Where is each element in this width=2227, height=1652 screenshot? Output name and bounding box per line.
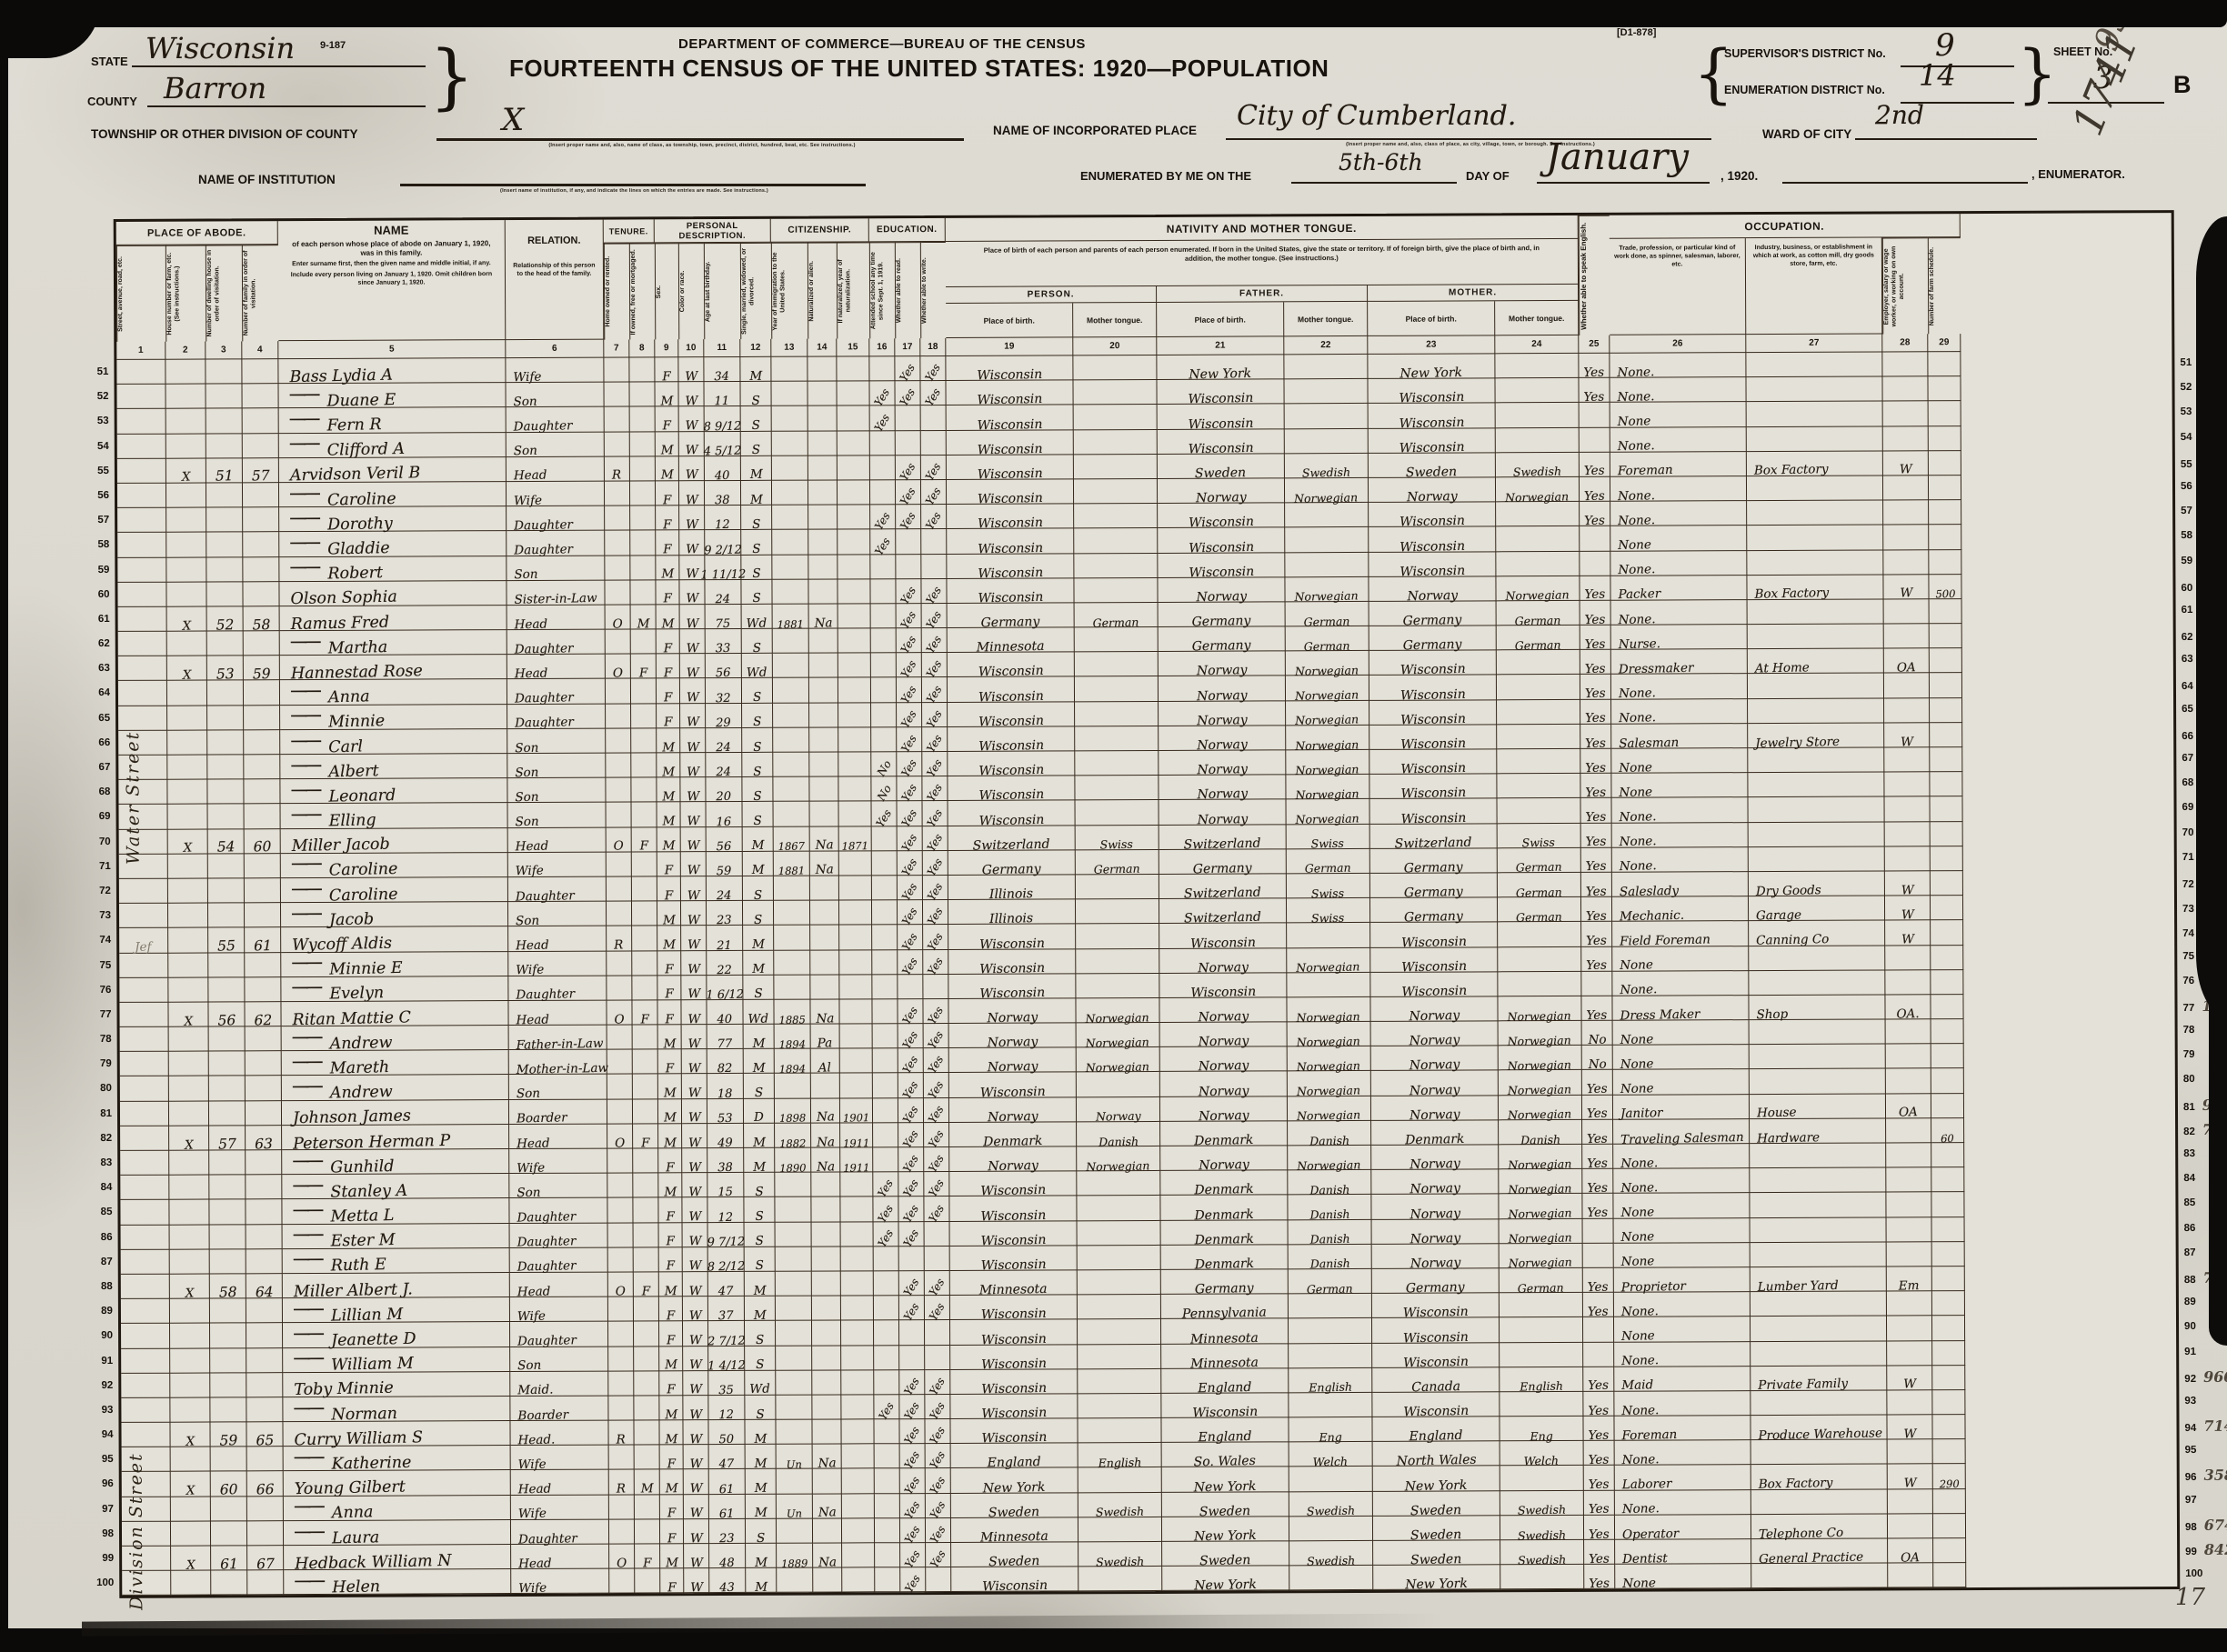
cell-fb: Switzerland	[1159, 874, 1287, 899]
cell-ind: At Home	[1748, 649, 1884, 675]
header-col13-immigration-year: Year of immigration to the United States…	[771, 243, 808, 339]
handwritten-value: W	[1903, 1379, 1916, 1392]
township-note: (Insert proper name and, also, name of c…	[438, 143, 966, 148]
cell-fs	[1932, 1366, 1965, 1390]
cell-fb: New York	[1162, 1567, 1289, 1592]
header-col11-age: Age at last birthday.	[704, 243, 740, 339]
cell-oc: None.	[1615, 1440, 1751, 1466]
cell-cr: W	[682, 1075, 707, 1099]
handwritten-value: England	[988, 1456, 1041, 1469]
handwritten-value: Son	[515, 742, 538, 755]
cell-ny	[838, 480, 870, 505]
handwritten-value: Wisconsin	[978, 591, 1043, 606]
handwritten-value: None	[1620, 959, 1653, 972]
cell-sx: M	[658, 1124, 682, 1148]
handwritten-value: Norwegian	[1509, 1257, 1572, 1270]
handwritten-value: W	[687, 915, 699, 927]
handwritten-value: 57	[251, 469, 269, 484]
cell-rel: Daughter	[508, 976, 607, 1001]
cell-fm: 61	[245, 927, 281, 952]
enumerator-rule	[1782, 182, 2028, 184]
cell-fm	[245, 878, 281, 903]
header-name: NAME of each person whose place of abode…	[278, 220, 507, 341]
handwritten-value: F	[643, 1557, 652, 1570]
cell-na	[812, 1321, 841, 1346]
handwritten-value: F	[667, 1507, 677, 1520]
cell-mk	[166, 582, 206, 606]
handwritten-value: M	[666, 1557, 678, 1570]
cell-ft: Swiss	[1287, 898, 1370, 924]
cell-e18: Yes	[926, 1444, 951, 1468]
handwritten-value: F	[665, 1014, 674, 1026]
cell-own	[635, 1446, 660, 1470]
cell-rel: Head	[507, 456, 605, 482]
institution-label: NAME OF INSTITUTION	[198, 173, 336, 186]
handwritten-value: New York	[983, 1481, 1046, 1495]
cell-ft: Danish	[1288, 1121, 1371, 1146]
handwritten-value: R	[612, 470, 621, 483]
cell-ag: 37	[708, 1297, 745, 1321]
cell-fm	[246, 1373, 283, 1397]
cell-fs	[1931, 1192, 1964, 1216]
cell-e16	[872, 876, 898, 900]
handwritten-value: S	[756, 1408, 765, 1421]
line-number: 54	[82, 435, 109, 459]
ditto-dash: ——	[293, 1054, 321, 1070]
cell-fm: 66	[247, 1472, 284, 1497]
cell-name: ——Anna	[284, 1496, 511, 1521]
line-number-value: 66	[2182, 731, 2193, 742]
cell-dw	[209, 1200, 246, 1225]
handwritten-value: Sweden	[988, 1506, 1039, 1519]
cell-e17	[896, 555, 921, 579]
cell-sx: M	[657, 926, 681, 951]
handwritten-value: Norwegian	[1297, 1011, 1360, 1024]
marginal-annotation: 358	[2204, 1467, 2227, 1484]
cell-ind	[1751, 1564, 1888, 1589]
handwritten-value: F	[665, 964, 674, 976]
handwritten-value: Norway	[988, 1110, 1038, 1124]
cell-e18: Yes	[921, 505, 947, 529]
handwritten-value: 57	[218, 1137, 236, 1152]
handwritten-value: F	[639, 841, 648, 854]
cell-own	[634, 1223, 659, 1247]
handwritten-value: 55	[217, 939, 236, 954]
cell-fm	[244, 681, 280, 706]
cell-e18: Yes	[924, 1147, 949, 1172]
cell-fs	[1930, 648, 1962, 673]
handwritten-value: Wisconsin	[1190, 986, 1256, 1000]
handwritten-value: W	[685, 420, 697, 433]
handwritten-value: 1881	[777, 619, 804, 630]
cell-en: Yes	[1584, 1490, 1615, 1515]
cell-na	[808, 406, 838, 431]
cell-sx: M	[657, 901, 681, 926]
cell-own	[630, 531, 656, 556]
handwritten-value: Father-in-Law	[517, 1038, 604, 1053]
cell-fm	[246, 1076, 282, 1101]
cell-mt	[1500, 1293, 1583, 1318]
cell-ten	[609, 1495, 635, 1519]
cell-na: Na	[813, 1494, 842, 1518]
cell-fm: 57	[243, 458, 279, 483]
cell-ms: S	[741, 406, 772, 431]
cell-dw: 59	[210, 1422, 246, 1447]
cell-pb: Wisconsin	[946, 355, 1073, 381]
header-number-23: 23	[1368, 335, 1495, 355]
header-col23-mother-pob: Place of birth.	[1368, 301, 1495, 336]
cell-ft	[1289, 1467, 1373, 1492]
place-label: NAME OF INCORPORATED PLACE	[993, 124, 1197, 137]
line-number: 97	[86, 1497, 114, 1522]
handwritten-value: Wisconsin	[980, 1208, 1046, 1223]
cell-en: Yes	[1580, 601, 1611, 626]
cell-fm	[243, 507, 279, 532]
handwritten-value: F	[639, 667, 648, 680]
cell-ny	[838, 752, 871, 776]
line-number: 51	[81, 360, 108, 385]
cell-own	[634, 1322, 659, 1347]
cell-name: ——Metta L	[282, 1198, 509, 1224]
line-number-value: 76	[2182, 976, 2194, 986]
cell-fs	[1930, 796, 1962, 821]
handwritten-value: O	[614, 1014, 624, 1026]
handwritten-value: Yes	[1589, 1553, 1610, 1566]
line-number: 99	[86, 1547, 114, 1571]
handwritten-value: Norway	[1096, 1111, 1141, 1124]
handwritten-value: Evelyn	[329, 986, 384, 1004]
line-number-value: 58	[2181, 530, 2192, 541]
handwritten-value: Na	[818, 1507, 836, 1520]
handwritten-value: None	[1620, 1058, 1654, 1071]
cell-e17: Yes	[898, 1147, 924, 1172]
handwritten-value: Swiss	[1311, 913, 1344, 925]
cell-fb: Wisconsin	[1158, 405, 1285, 430]
cell-e16	[874, 1321, 899, 1346]
cell-e16	[874, 1271, 899, 1296]
handwritten-value: M	[662, 840, 675, 853]
cell-fb: Denmark	[1160, 1121, 1288, 1146]
handwritten-value: M	[663, 1038, 676, 1051]
handwritten-value: Wife	[516, 866, 544, 878]
cell-ag: 2 7/12	[708, 1321, 745, 1346]
cell-sx: F	[659, 1247, 683, 1272]
cell-sx: M	[659, 1396, 683, 1420]
cell-fs	[1931, 1019, 1964, 1044]
cell-sx: M	[658, 1173, 682, 1197]
handwritten-value: Na	[816, 1112, 834, 1125]
cell-ny	[839, 876, 872, 900]
line-number-value: 65	[2182, 704, 2193, 715]
cell-e18: Yes	[925, 1271, 950, 1296]
cell-im	[773, 703, 809, 727]
cell-ten	[605, 531, 630, 556]
cell-ny	[837, 356, 869, 381]
cell-pb: Germany	[948, 850, 1076, 876]
cell-fm	[244, 706, 280, 730]
line-number: 59	[82, 557, 109, 582]
cell-ag: 22	[707, 950, 743, 975]
cell-en: Yes	[1583, 1417, 1614, 1441]
cell-mt	[1496, 427, 1580, 453]
cell-e18	[926, 1567, 951, 1592]
handwritten-value: Yes	[1588, 1207, 1609, 1220]
cell-dw: 58	[210, 1274, 246, 1298]
handwritten-value: Boarder	[517, 1113, 567, 1126]
cell-rel: Head	[511, 1470, 609, 1496]
line-number-value: 51	[2180, 357, 2192, 368]
cell-mt	[1497, 749, 1580, 775]
handwritten-value: M	[751, 865, 764, 877]
handwritten-value: English	[1309, 1382, 1352, 1395]
cell-ms: M	[744, 1025, 775, 1049]
cell-oc: None	[1614, 1243, 1751, 1268]
handwritten-value: Wisconsin	[981, 1407, 1047, 1421]
line-number-value: 70	[2182, 827, 2194, 838]
cell-fm	[246, 1323, 283, 1347]
handwritten-value: Bass Lydia A	[289, 367, 393, 385]
cell-mb: Wisconsin	[1369, 527, 1496, 553]
handwritten-value: W	[1899, 465, 1911, 477]
header-number-3: 3	[206, 341, 242, 359]
line-number-value: 95	[2185, 1445, 2197, 1456]
cell-ft	[1289, 1343, 1372, 1368]
cell-en: Yes	[1581, 897, 1612, 922]
cell-en: Yes	[1583, 1392, 1614, 1417]
cell-mb: Canada	[1372, 1367, 1500, 1393]
cell-fb: Wisconsin	[1158, 553, 1285, 578]
cell-fm	[243, 582, 279, 606]
cell-cl	[1884, 624, 1930, 648]
line-number: 58	[82, 533, 109, 557]
cell-cr: W	[682, 1197, 707, 1222]
cell-fb: Wisconsin	[1159, 973, 1287, 998]
cell-pt	[1076, 974, 1159, 999]
handwritten-value: 23	[719, 1533, 735, 1545]
handwritten-value: X	[183, 843, 192, 856]
cell-name: ——Caroline	[279, 482, 507, 507]
cell-st	[119, 977, 168, 1002]
handwritten-value: R	[617, 1434, 626, 1447]
cell-e17: Yes	[898, 1074, 924, 1098]
cell-e16	[874, 1296, 899, 1320]
cell-ind	[1751, 1341, 1887, 1367]
cell-mb: Wisconsin	[1369, 700, 1497, 726]
handwritten-value: M	[665, 1359, 677, 1372]
handwritten-value: Yes	[1589, 1528, 1610, 1541]
handwritten-value: Yes	[1585, 589, 1606, 602]
cell-fm	[245, 854, 281, 878]
cell-pb: Norway	[949, 1146, 1077, 1172]
cell-fs: 500	[1929, 575, 1961, 599]
line-number: 91	[85, 1348, 113, 1373]
cell-fs	[1933, 1538, 1966, 1563]
handwritten-value: M	[752, 939, 765, 952]
cell-mb: Norway	[1371, 1195, 1499, 1220]
ditto-dash: ——	[295, 1449, 323, 1466]
cell-ms: S	[745, 1321, 776, 1346]
handwritten-value: Jeanette D	[331, 1332, 416, 1350]
cell-mb: Germany	[1370, 897, 1498, 923]
handwritten-value: Sweden	[1195, 466, 1246, 480]
cell-dw	[207, 706, 244, 730]
handwritten-value: 47	[719, 1458, 735, 1470]
handwritten-value: Sweden	[1410, 1528, 1461, 1542]
cell-cr: W	[680, 654, 706, 678]
handwritten-value: S	[756, 1335, 765, 1347]
handwritten-value: Norway	[1198, 961, 1249, 975]
handwritten-value: Eng	[1530, 1431, 1552, 1443]
header-col25-speak-english: Whether able to speak English.	[1579, 215, 1610, 335]
handwritten-value: Operator	[1622, 1527, 1679, 1541]
form-number: 9-187	[320, 40, 346, 51]
cell-im	[776, 1222, 812, 1247]
line-number: 99842	[2185, 1537, 2227, 1562]
handwritten-value: 49	[717, 1137, 733, 1149]
cell-sx: M	[658, 1025, 682, 1049]
cell-mk	[167, 730, 207, 755]
handwritten-value: Anna	[332, 1506, 374, 1522]
handwritten-value: 59	[252, 667, 270, 682]
cell-sx: M	[657, 605, 680, 629]
cell-dw	[208, 878, 245, 903]
cell-ten	[608, 1297, 634, 1322]
cell-ind: Produce Warehouse	[1751, 1416, 1887, 1441]
line-number: 69	[84, 805, 111, 829]
cell-na	[809, 654, 838, 678]
header-place-of-abode: PLACE OF ABODE.	[116, 221, 278, 245]
handwritten-value: Wife	[514, 495, 542, 507]
handwritten-value: F	[642, 1286, 651, 1298]
header-col21-father-pob: Place of birth.	[1157, 302, 1284, 337]
handwritten-value: 60	[219, 1483, 237, 1497]
cell-ten	[608, 1223, 634, 1247]
cell-en	[1583, 1244, 1614, 1268]
cell-ms: S	[745, 1346, 776, 1370]
cell-own	[634, 1371, 659, 1396]
line-number-value: 99	[2185, 1547, 2197, 1557]
header-col18-able-to-write: Whether able to write.	[920, 242, 946, 338]
cell-ag: 8 9/12	[705, 406, 741, 431]
handwritten-value: Minnesota	[980, 1530, 1048, 1545]
handwritten-value: F	[662, 420, 671, 433]
cell-fm: 63	[246, 1126, 282, 1150]
cell-ind: Box Factory	[1751, 1465, 1888, 1490]
cell-ag: 38	[707, 1148, 744, 1173]
cell-mt: Swedish	[1500, 1491, 1584, 1517]
handwritten-value: W	[687, 964, 700, 976]
handwritten-value: Sweden	[1199, 1505, 1250, 1518]
cell-ind	[1746, 377, 1882, 403]
handwritten-value: M	[660, 470, 673, 483]
cell-pt	[1077, 1072, 1160, 1097]
handwritten-value: M	[753, 1285, 766, 1297]
cell-rel: Daughter	[508, 877, 607, 903]
cell-im	[776, 1420, 812, 1445]
cell-rel: Head	[509, 1124, 607, 1149]
cell-ms: S	[741, 530, 772, 555]
handwritten-value: 60	[1941, 1134, 1954, 1145]
cell-na	[809, 727, 838, 752]
line-number-value: 57	[2181, 506, 2192, 516]
handwritten-value: None.	[1621, 1355, 1659, 1367]
cell-mb: Wisconsin	[1369, 552, 1496, 577]
handwritten-value: W	[685, 371, 697, 384]
cell-rel: Son	[506, 383, 604, 408]
cell-oc: None.	[1611, 699, 1748, 725]
cell-e18: Yes	[923, 949, 948, 974]
cell-mk	[168, 953, 208, 977]
handwritten-value: Denmark	[1194, 1134, 1254, 1147]
handwritten-value: Norway	[1407, 589, 1458, 603]
cell-im	[774, 926, 810, 950]
cell-mt: Swedish	[1496, 453, 1580, 478]
cell-ms: S	[743, 975, 774, 999]
cell-name: ——Carl	[280, 729, 507, 755]
handwritten-value: Norway	[1409, 1108, 1460, 1122]
cell-e17	[896, 529, 921, 554]
cell-e18	[921, 529, 947, 554]
handwritten-value: M	[663, 915, 676, 927]
enum-district-rule	[1901, 102, 2014, 104]
cell-dw	[211, 1521, 247, 1546]
handwritten-value: At Home	[1755, 662, 1810, 676]
cell-name: Peterson Herman P	[282, 1125, 509, 1150]
cell-dw	[208, 854, 245, 878]
cell-ag: 21	[707, 926, 743, 950]
cell-ms: S	[740, 382, 771, 406]
handwritten-value: Na	[818, 1457, 836, 1470]
ditto-dash: ——	[292, 906, 320, 922]
line-number: 100	[86, 1571, 114, 1596]
cell-name: Bass Lydia A	[278, 358, 506, 384]
ditto-dash: ——	[290, 535, 318, 551]
header-col2-house-number: House number or farm, etc. (See instruct…	[166, 245, 206, 342]
handwritten-value: Yes	[1588, 1281, 1609, 1294]
handwritten-value: W	[685, 445, 697, 457]
cell-dw: 53	[207, 656, 244, 681]
cell-pb: Wisconsin	[948, 653, 1075, 678]
handwritten-value: 16	[717, 816, 732, 827]
cell-cr: W	[684, 1544, 709, 1568]
cell-ag: 9 7/12	[708, 1222, 745, 1247]
cell-ag: 24	[706, 728, 742, 753]
handwritten-value: 24	[716, 766, 731, 778]
township-rule	[436, 138, 964, 141]
cell-pb: Wisconsin	[949, 1073, 1077, 1098]
cell-cr: W	[682, 1124, 707, 1148]
cell-mk	[170, 1397, 210, 1422]
cell-cl	[1883, 476, 1929, 500]
cell-en: Yes	[1580, 725, 1611, 749]
handwritten-value: 53	[216, 667, 234, 682]
cell-e18: Yes	[922, 604, 948, 628]
cell-name: ——Albert	[280, 754, 507, 779]
handwritten-value: Yes	[1588, 1380, 1609, 1393]
handwritten-value: Son	[516, 916, 539, 928]
cell-oc: None	[1610, 402, 1747, 427]
cell-na	[810, 975, 839, 999]
cell-mk	[167, 780, 207, 805]
handwritten-value: 38	[715, 495, 730, 506]
line-number-value: 72	[2182, 879, 2194, 890]
handwritten-value: S	[754, 915, 763, 927]
cell-en: No	[1582, 1046, 1613, 1070]
handwritten-value: Yes	[1587, 1157, 1608, 1170]
handwritten-value: O	[615, 1137, 625, 1150]
line-number-value: 100	[2185, 1568, 2202, 1579]
cell-name: ——Helen	[284, 1569, 511, 1595]
